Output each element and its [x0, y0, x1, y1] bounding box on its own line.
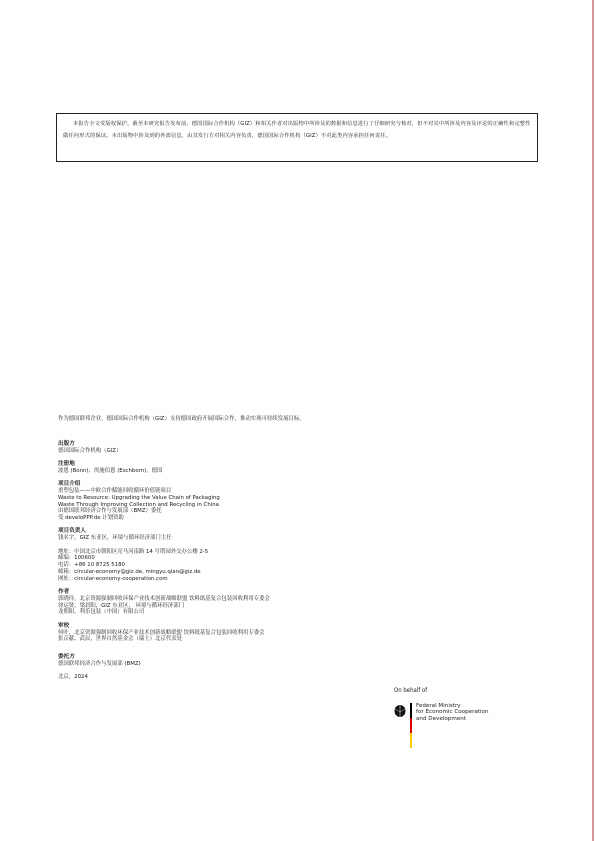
project-lead-section: 项目负责人 钱名宇，GIZ 东亚区，环境与循环经济部门主任 地址：中国北京市朝阳… [58, 528, 388, 582]
contact-address: 地址：中国北京市朝阳区亮马河南路 14 号塔园外交办公楼 2-5 [58, 549, 388, 556]
registered-office-heading: 注册地 [58, 461, 388, 468]
commissioned-by-heading: 委托方 [58, 654, 388, 661]
publisher-section: 出版方 德国国际合作机构（GIZ） [58, 441, 388, 455]
reviewer-line: 张京献、武辰，世界自然基金会（瑞士）北京代表处 [58, 636, 388, 643]
reviewers-heading: 审校 [58, 623, 388, 630]
bmz-logo: On behalf of Federal Ministry for Econom… [394, 687, 524, 748]
contact-email[interactable]: 邮箱：circular-economy@giz.de, mingyu.qian@… [58, 569, 388, 576]
commissioned-by-value: 德国联邦经济合作与发展部 (BMZ) [58, 661, 388, 668]
ministry-name: Federal Ministry for Economic Cooperatio… [416, 703, 489, 722]
on-behalf-label: On behalf of [394, 687, 524, 694]
reviewers-section: 审校 何叶，北京资源强制回收环保产业技术创新战略联盟 饮料纸基复合包装回收利用专… [58, 623, 388, 643]
publisher-heading: 出版方 [58, 441, 388, 448]
page-edge-line [592, 0, 594, 841]
federal-eagle-icon [394, 704, 406, 718]
project-line: 受 develoPPP.de 计划资助 [58, 515, 388, 522]
place-and-date: 北京，2024 [58, 674, 388, 681]
disclaimer-text: 本报告全文受版权保护。截至本研究报告发布前，德国国际合作机构（GIZ）和相关作者… [63, 119, 531, 142]
project-line: Waste to Resource: Upgrading the Value C… [58, 495, 388, 502]
authors-section: 作者 郭晓玲，北京资源强制回收环保产业技术创新战略联盟 饮料纸基复合包装回收利用… [58, 589, 388, 616]
commissioned-by-section: 委托方 德国联邦经济合作与发展部 (BMZ) [58, 654, 388, 668]
project-heading: 项目介绍 [58, 481, 388, 488]
imprint: 出版方 德国国际合作机构（GIZ） 注册地 波恩 (Bonn)、埃施伯恩 (Es… [58, 441, 388, 681]
german-flag-bar [410, 703, 412, 748]
contact-phone: 电话：+86 10 8725 5180 [58, 562, 388, 569]
project-lead-name: 钱名宇，GIZ 东亚区，环境与循环经济部门主任 [58, 535, 388, 542]
contact-website[interactable]: 网址：circular-economy-cooperation.com [58, 576, 388, 583]
copyright-disclaimer-box: 本报告全文受版权保护。截至本研究报告发布前，德国国际合作机构（GIZ）和相关作者… [56, 113, 538, 162]
authors-heading: 作者 [58, 589, 388, 596]
publisher-name: 德国国际合作机构（GIZ） [58, 448, 388, 455]
project-line: 重塑包装——中欧合作赋能回收循环价值链项目 [58, 488, 388, 495]
registered-office-section: 注册地 波恩 (Bonn)、埃施伯恩 (Eschborn)，德国 [58, 461, 388, 475]
project-section: 项目介绍 重塑包装——中欧合作赋能回收循环价值链项目 Waste to Reso… [58, 481, 388, 522]
author-line: 龙朝阳，利乐包装（中国）有限公司 [58, 609, 388, 616]
author-line: 郭晓玲，北京资源强制回收环保产业技术创新战略联盟 饮料纸基复合包装回收利用专委会 [58, 596, 388, 603]
registered-office-value: 波恩 (Bonn)、埃施伯恩 (Eschborn)，德国 [58, 468, 388, 475]
giz-mission-statement: 作为德国联邦企业，德国国际合作机构（GIZ）支持德国政府开展国际合作，推动实现可… [58, 414, 305, 422]
